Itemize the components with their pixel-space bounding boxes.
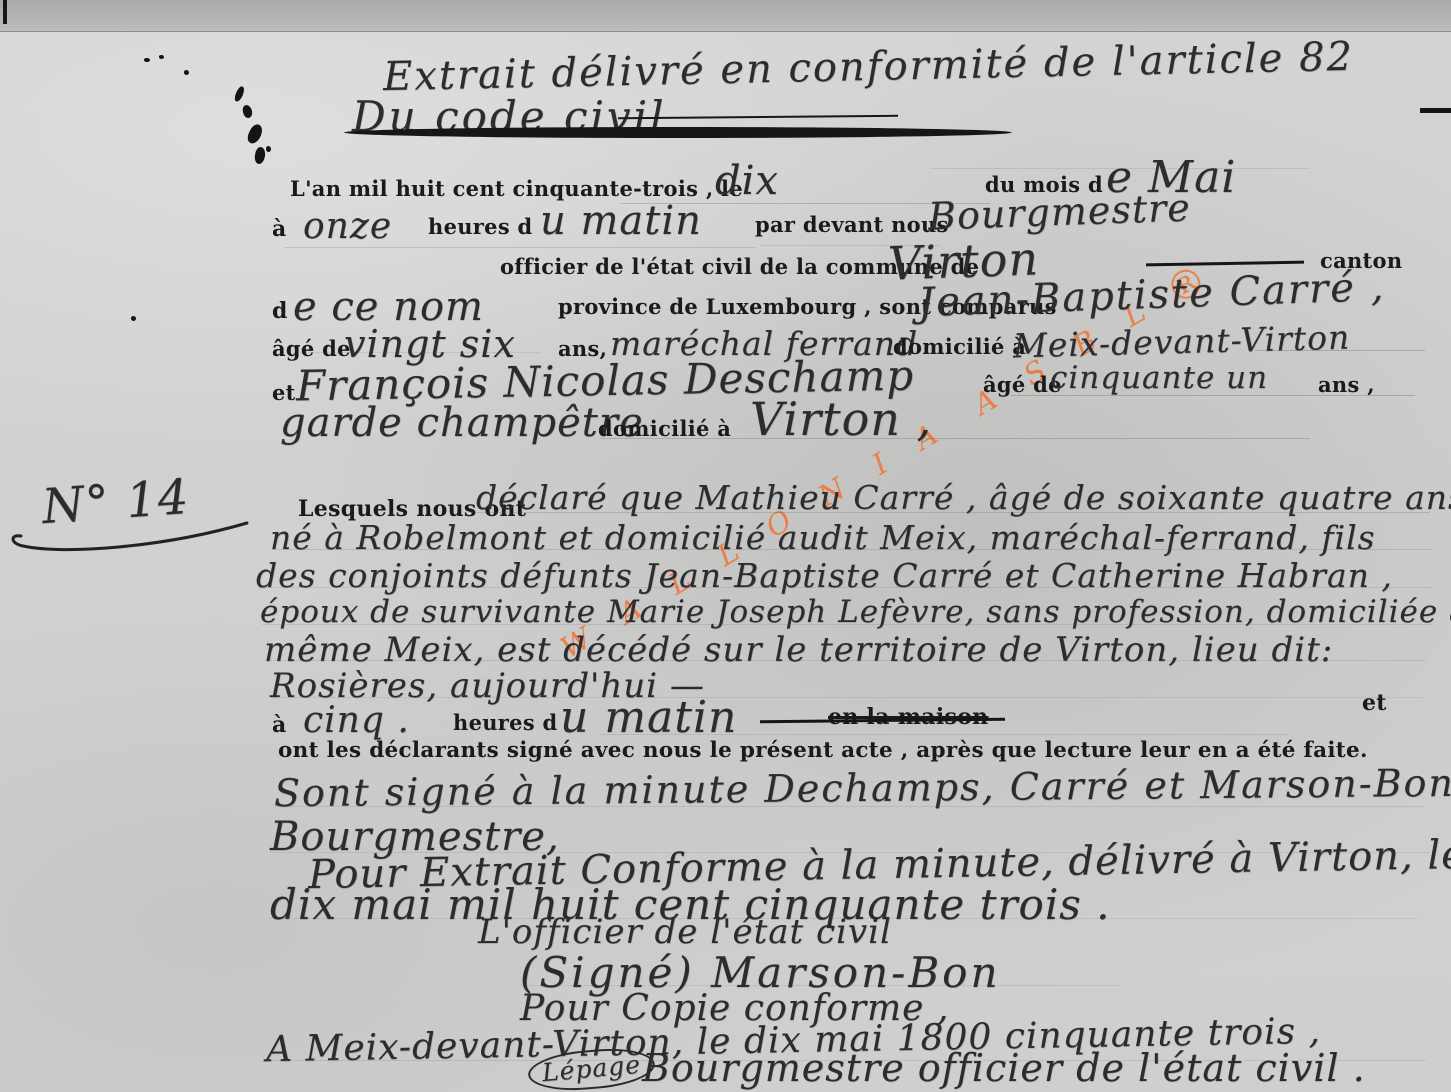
entry-death-hour: cinq . — [303, 700, 410, 741]
ruled-line — [262, 624, 1432, 625]
form-years2-printed: ans , — [1318, 372, 1375, 397]
entry-declarant2-profession: garde champêtre — [280, 400, 644, 446]
ruled-line — [1010, 395, 1415, 396]
ruled-line — [270, 852, 1430, 853]
entry-hour: onze — [303, 206, 392, 247]
binding-mark — [3, 0, 7, 24]
form-at-printed: à — [272, 216, 287, 242]
and-printed: et — [1362, 690, 1387, 716]
ruled-line — [1255, 350, 1425, 351]
ruled-line — [272, 549, 1432, 550]
ruled-line — [272, 697, 1422, 698]
ruled-line — [266, 1060, 1426, 1061]
declaration-closing-printed: ont les déclarants signé avec nous le pr… — [278, 738, 1368, 763]
ink-blot — [233, 85, 246, 102]
form-before-printed: par devant nous — [755, 212, 949, 237]
ruled-line — [520, 985, 1120, 986]
ruled-line — [760, 245, 940, 246]
death-hours-printed: heures d — [453, 710, 558, 735]
ink-blot — [242, 104, 254, 119]
declaration-line2: né à Robelmont et domicilié audit Meix, … — [270, 518, 1376, 557]
ruled-line — [620, 203, 990, 204]
death-at-printed: à — [272, 712, 287, 738]
entry-officer-title: Bourgmestre — [927, 185, 1191, 238]
ink-blot — [245, 122, 265, 145]
header-line1: Extrait délivré en conformité de l'artic… — [383, 34, 1355, 100]
ruled-line — [470, 512, 1430, 513]
entry-declarant2-age: cinquante un — [1050, 360, 1268, 396]
act-number-flourish — [5, 515, 255, 557]
entry-day: dix — [715, 158, 779, 204]
ink-blot — [159, 55, 164, 59]
declaration-line3: des conjoints défunts Jean-Baptiste Carr… — [256, 556, 1393, 595]
ink-blot — [144, 58, 150, 62]
ruled-line — [300, 352, 540, 353]
ink-blot — [266, 146, 271, 152]
form-age-printed: âgé de — [272, 336, 351, 361]
closing-line1: Sont signé à la minute Dechamps, Carré e… — [274, 761, 1451, 815]
struck-text: en la maison — [828, 704, 988, 730]
header-thick-rule — [344, 127, 1012, 138]
ruled-line — [274, 806, 1424, 807]
ruled-line — [930, 168, 1310, 169]
form-hours-printed: heures d — [428, 214, 533, 239]
ruled-line — [266, 660, 1426, 661]
ruled-line — [600, 438, 1310, 439]
form-canton-d-printed: d — [272, 298, 288, 324]
signature-circled: Lépage — [528, 1050, 655, 1089]
header-underline-right — [1420, 108, 1451, 113]
ink-blot — [254, 146, 267, 164]
document-scan: W A L L O N I AA S B L® Extrait délivré … — [0, 0, 1451, 1092]
entry-death-time-of-day: u matin — [560, 692, 737, 743]
entry-time-of-day: u matin — [540, 198, 702, 244]
ruled-line — [600, 734, 1290, 735]
page-top-edge — [0, 0, 1451, 32]
signature-name: Lépage — [527, 1045, 657, 1092]
declaration-line5: même Meix, est décédé sur le territoire … — [264, 630, 1333, 670]
ruled-line — [258, 587, 1433, 588]
ruled-line — [285, 247, 755, 248]
entry-declarant1-residence: Meix-devant-Virton — [1013, 318, 1351, 366]
closing-line9: Bourgmestre officier de l'état civil . — [642, 1046, 1366, 1090]
ruled-line — [268, 918, 1418, 919]
ink-blot — [131, 316, 136, 321]
ink-blot — [184, 70, 189, 75]
